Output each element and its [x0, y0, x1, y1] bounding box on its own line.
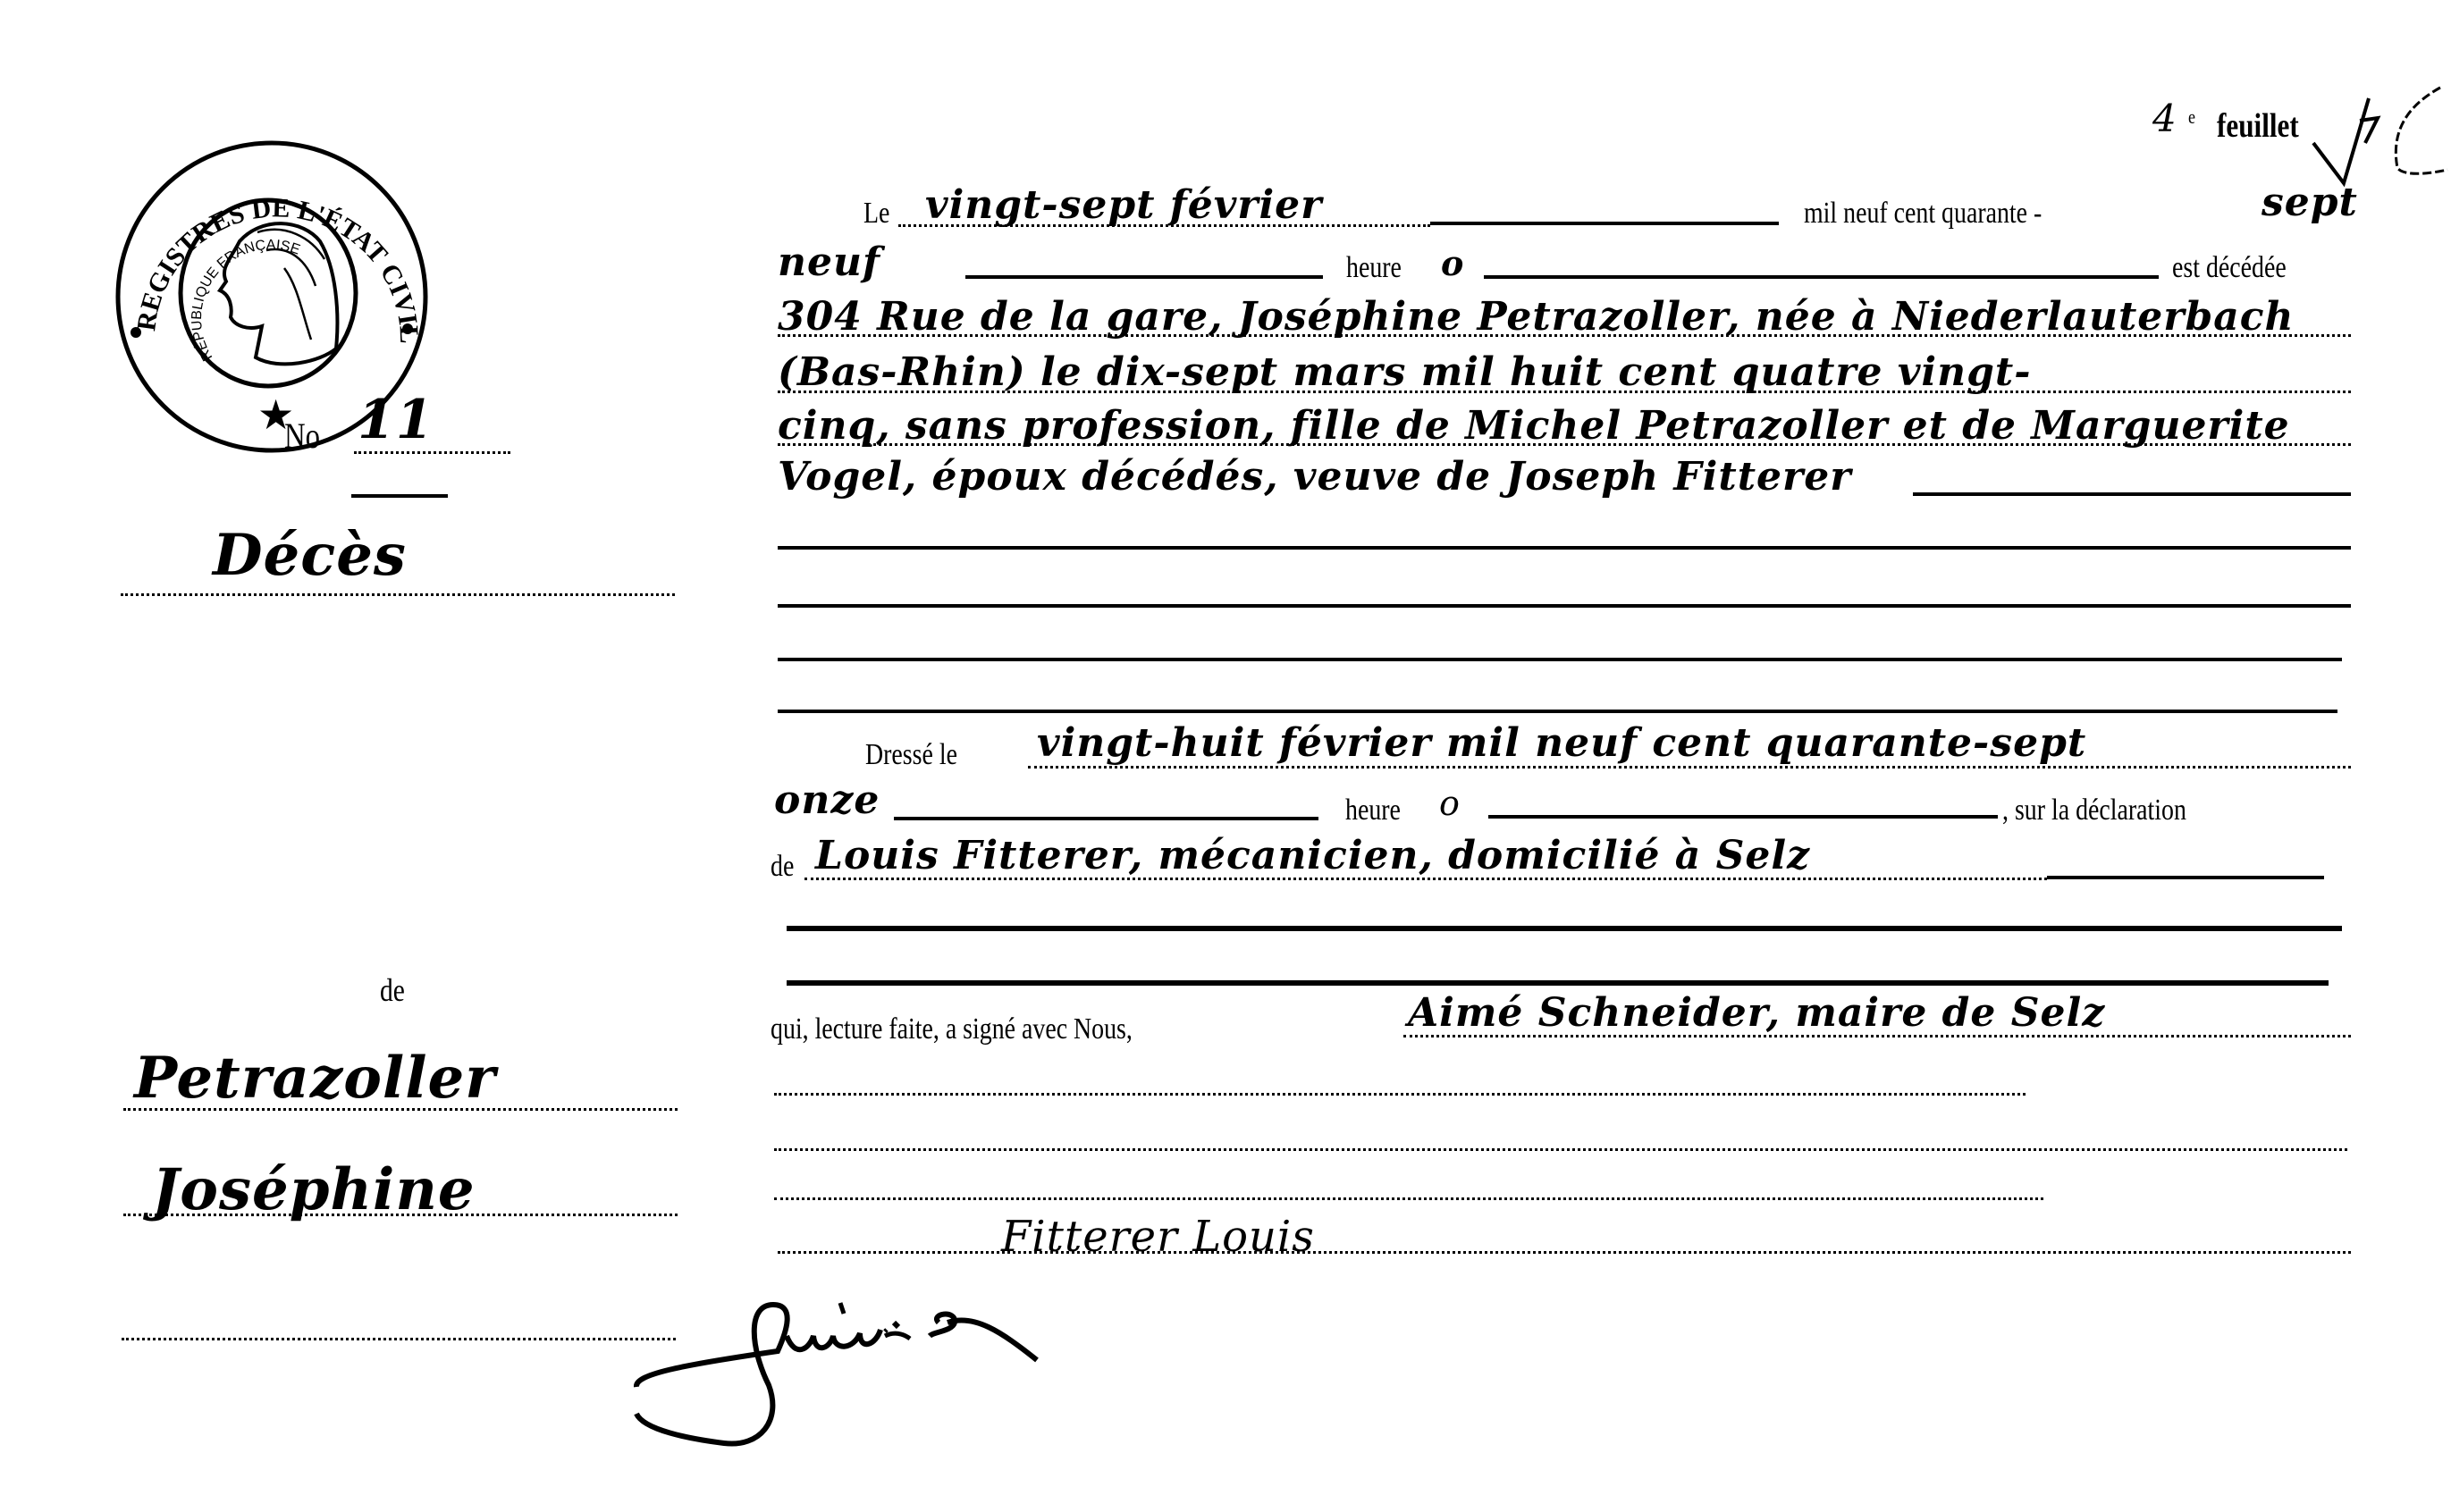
dotted-line [778, 334, 2351, 337]
svg-text:REGISTRES DE L'ÉTAT CIVIL: REGISTRES DE L'ÉTAT CIVIL [131, 193, 424, 344]
death-line-4: Vogel, époux décédés, veuve de Joseph Fi… [778, 458, 1851, 497]
number-dotted-line [354, 451, 510, 454]
death-line-1: 304 Rue de la gare, Joséphine Petrazolle… [778, 298, 2295, 337]
death-line-3: cinq, sans profession, fille de Michel P… [778, 407, 2290, 446]
declarant-fill-line [2047, 876, 2324, 879]
death-hour: neuf [778, 243, 880, 282]
declaration-label: , sur la déclaration [2002, 795, 2186, 826]
blank-ruled-line [778, 658, 2342, 661]
death-date-dotted-line [898, 224, 1430, 227]
of-label: de [380, 974, 405, 1006]
de-label: de [771, 852, 794, 882]
death-date: vingt-sept février [925, 186, 1322, 225]
blank-dotted-line [774, 1148, 2347, 1151]
death-line-2: (Bas-Rhin) le dix-sept mars mil huit cen… [778, 353, 2031, 392]
dotted-line [804, 878, 2047, 880]
drafted-hour: onze [774, 781, 880, 820]
blank-ruled-line [778, 710, 2337, 713]
act-type: Décès [213, 527, 407, 584]
declarant: Louis Fitterer, mécanicien, domicilié à … [815, 836, 1810, 876]
drafted-hour-fill-line [894, 817, 1318, 820]
blank-ruled-line [778, 546, 2351, 550]
sheet-label: feuillet [2217, 109, 2299, 143]
blank-ruled-line [787, 980, 2329, 986]
blank-dotted-line [774, 1093, 2026, 1096]
signature-dotted-line [778, 1251, 2351, 1254]
dotted-line [778, 391, 2351, 393]
number-label: No [284, 418, 320, 454]
death-minutes: o [1441, 247, 1464, 281]
hour-fill-line [965, 275, 1323, 279]
sheet-suffix: e [2188, 107, 2195, 127]
svg-text:RÉPUBLIQUE FRANÇAISE: RÉPUBLIQUE FRANÇAISE [190, 238, 302, 364]
number-separator [351, 494, 448, 498]
dotted-line [1028, 766, 2351, 769]
deceased-label: est décédée [2172, 253, 2287, 283]
sheet-number: 4 [2152, 100, 2177, 138]
minutes-fill-line [1484, 275, 2159, 279]
act-type-dotted-line [121, 593, 675, 596]
dotted-line [778, 443, 2351, 446]
given-name: Joséphine [152, 1162, 476, 1219]
blank-dotted-line [774, 1197, 2043, 1200]
drafted-date: vingt-huit février mil neuf cent quarant… [1037, 724, 2086, 763]
blank-dotted-line [122, 1338, 676, 1340]
drafted-label: Dressé le [865, 740, 957, 770]
year-prefix: mil neuf cent quarante - [1804, 198, 2042, 229]
blank-ruled-line [778, 604, 2351, 608]
signing-label: qui, lecture faite, a signé avec Nous, [771, 1014, 1133, 1045]
officer-name: Aimé Schneider, maire de Selz [1408, 994, 2105, 1033]
surname-dotted-line [123, 1108, 678, 1111]
officer-signature-icon: Schneider [626, 1296, 1269, 1457]
act-number: 11 [358, 393, 434, 447]
year-suffix: sept [2261, 183, 2358, 223]
death-line-4-fill [1913, 492, 2351, 496]
surname: Petrazoller [134, 1050, 496, 1107]
blank-ruled-line [787, 926, 2342, 931]
drafted-heure-label: heure [1345, 795, 1401, 826]
given-name-dotted-line [123, 1214, 678, 1216]
drafted-minutes: o [1439, 786, 1461, 820]
dotted-line [1403, 1035, 2351, 1037]
death-date-fill-line [1430, 222, 1779, 225]
drafted-minutes-fill-line [1488, 815, 1998, 819]
le-label: Le [863, 198, 889, 229]
heure-label: heure [1346, 253, 1402, 283]
